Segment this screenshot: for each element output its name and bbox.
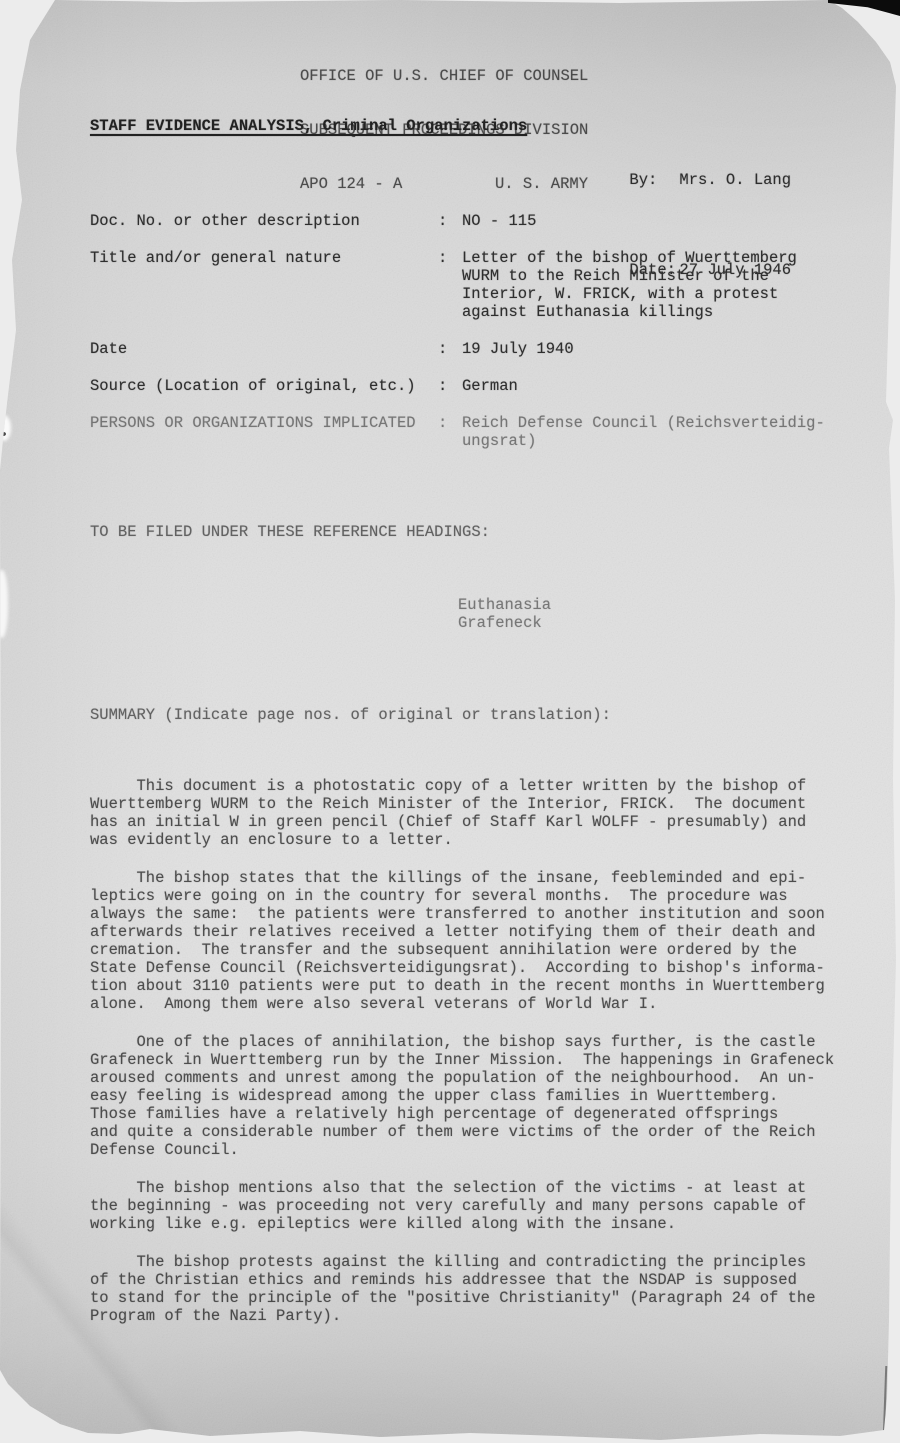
summary-paragraph: The bishop states that the killings of t… [90, 869, 900, 1013]
field-value: 19 July 1940 [462, 340, 900, 358]
field-row: PERSONS OR ORGANIZATIONS IMPLICATED:Reic… [90, 414, 900, 450]
field-value: Letter of the bishop of Wuerttemberg WUR… [462, 249, 900, 321]
field-row: Doc. No. or other description:NO - 115 [90, 212, 900, 230]
letterhead-office-line: OFFICE OF U.S. CHIEF OF COUNSEL [300, 67, 588, 85]
summary-paragraph: The bishop mentions also that the select… [90, 1179, 900, 1233]
edge-speck [1, 432, 6, 436]
fields-list: Doc. No. or other description:NO - 115Ti… [90, 212, 900, 450]
field-separator: : [438, 340, 462, 358]
reference-heading-item: Euthanasia [458, 596, 900, 614]
filing-heading: TO BE FILED UNDER THESE REFERENCE HEADIN… [90, 523, 900, 541]
document-page: OFFICE OF U.S. CHIEF OF COUNSEL SUBSEQUE… [0, 0, 900, 1443]
field-value: German [462, 377, 900, 395]
field-value: NO - 115 [462, 212, 900, 230]
field-value: Reich Defense Council (Reichsverteidig- … [462, 414, 900, 450]
summary-paragraph: One of the places of annihilation, the b… [90, 1033, 900, 1159]
field-separator: : [438, 212, 462, 230]
document-body: Doc. No. or other description:NO - 115Ti… [0, 176, 900, 1381]
reference-heading-item: Grafeneck [458, 614, 900, 632]
summary-paragraphs: This document is a photostatic copy of a… [90, 777, 900, 1325]
field-separator: : [438, 249, 462, 321]
summary-paragraph: This document is a photostatic copy of a… [90, 777, 900, 849]
reference-headings: EuthanasiaGrafeneck [458, 596, 900, 632]
field-separator: : [438, 414, 462, 450]
document-title: STAFF EVIDENCE ANALYSIS, Criminal Organi… [90, 117, 527, 135]
field-label: Doc. No. or other description [90, 212, 438, 230]
field-separator: : [438, 377, 462, 395]
summary-heading: SUMMARY (Indicate page nos. of original … [90, 706, 900, 724]
summary-paragraph: The bishop protests against the killing … [90, 1253, 900, 1325]
field-label: Title and/or general nature [90, 249, 438, 321]
field-row: Title and/or general nature:Letter of th… [90, 249, 900, 321]
scanned-document: OFFICE OF U.S. CHIEF OF COUNSEL SUBSEQUE… [0, 0, 900, 1443]
field-label: PERSONS OR ORGANIZATIONS IMPLICATED [90, 414, 438, 450]
field-label: Date [90, 340, 438, 358]
field-label: Source (Location of original, etc.) [90, 377, 438, 395]
field-row: Source (Location of original, etc.):Germ… [90, 377, 900, 395]
field-row: Date:19 July 1940 [90, 340, 900, 358]
